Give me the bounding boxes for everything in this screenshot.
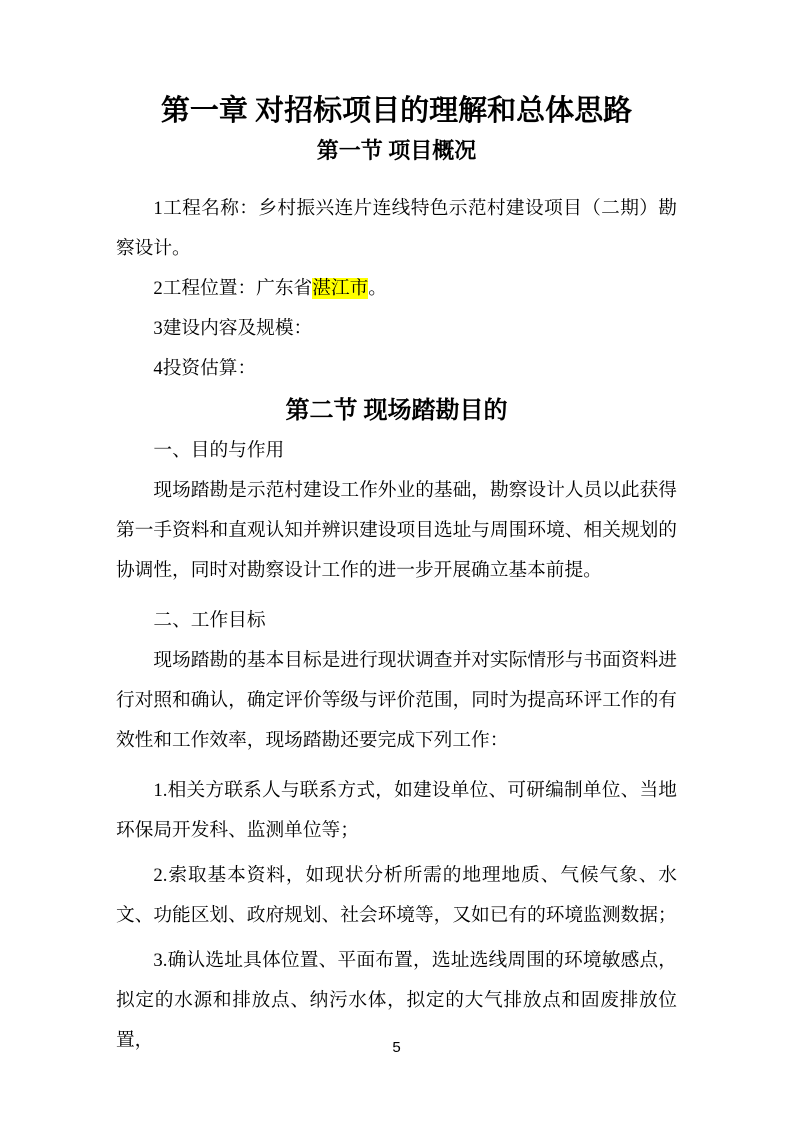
subsection2-body: 现场踏勘的基本目标是进行现状调查并对实际情形与书面资料进行对照和确认，确定评价等… — [116, 641, 677, 761]
location-text-prefix: 2工程位置：广东省 — [153, 278, 312, 299]
chapter-heading: 第一章 对招标项目的理解和总体思路 — [116, 89, 677, 133]
paragraph-investment: 4投资估算： — [116, 349, 677, 389]
highlighted-city-text: 湛江市 — [312, 278, 368, 299]
document-page: 第一章 对招标项目的理解和总体思路 第一节 项目概况 1工程名称：乡村振兴连片连… — [0, 0, 793, 1122]
paragraph-content-scale: 3建设内容及规模： — [116, 309, 677, 349]
section2-heading: 第二节 现场踏勘目的 — [116, 391, 677, 431]
page-number: 5 — [0, 1038, 793, 1058]
task-item-2: 2.索取基本资料，如现状分析所需的地理地质、气候气象、水文、功能区划、政府规划、… — [116, 856, 677, 936]
paragraph-project-location: 2工程位置：广东省湛江市。 — [116, 269, 677, 309]
subsection1-heading: 一、目的与作用 — [116, 431, 677, 471]
location-text-suffix: 。 — [368, 278, 387, 299]
subsection1-body: 现场踏勘是示范村建设工作外业的基础，勘察设计人员以此获得第一手资料和直观认知并辨… — [116, 471, 677, 591]
document-content: 第一章 对招标项目的理解和总体思路 第一节 项目概况 1工程名称：乡村振兴连片连… — [116, 89, 677, 1061]
paragraph-project-name: 1工程名称：乡村振兴连片连线特色示范村建设项目（二期）勘察设计。 — [116, 189, 677, 269]
subsection2-heading: 二、工作目标 — [116, 601, 677, 641]
section1-heading: 第一节 项目概况 — [116, 133, 677, 169]
task-item-1: 1.相关方联系人与联系方式，如建设单位、可研编制单位、当地环保局开发科、监测单位… — [116, 771, 677, 851]
